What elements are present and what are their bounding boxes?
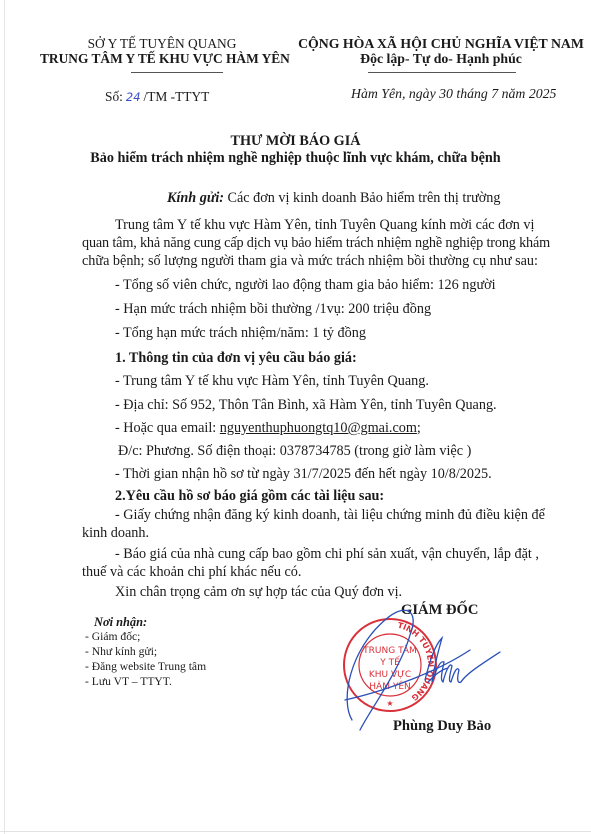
email-suffix: ; — [417, 420, 421, 436]
section1-heading: 1. Thông tin của đơn vị yêu cầu báo giá: — [115, 350, 357, 367]
section2-item: - Báo giá của nhà cung cấp bao gồm chi p… — [115, 546, 539, 563]
section1-line: - Trung tâm Y tế khu vực Hàm Yên, tỉnh T… — [115, 373, 429, 390]
greeting: Kính gửi: Các đơn vị kinh doanh Bảo hiểm… — [167, 190, 500, 207]
signer-name: Phùng Duy Bảo — [393, 718, 491, 735]
header-right-divider — [368, 72, 516, 73]
page-edge — [4, 0, 5, 834]
term-annual-limit: - Tổng hạn mức trách nhiệm/năm: 1 tỷ đồn… — [115, 325, 366, 342]
section2-heading: 2.Yêu cầu hồ sơ báo giá gồm các tài liệu… — [115, 488, 384, 505]
doc-number-handwritten: 24 — [126, 90, 141, 104]
greeting-recipient: Các đơn vị kinh doanh Bảo hiểm trên thị … — [228, 190, 501, 206]
contact-line: Đ/c: Phương. Số điện thoại: 0378734785 (… — [118, 443, 471, 460]
document-number: Số:24/TM -TTYT — [105, 89, 209, 105]
recipient-item: - Giám đốc; — [85, 630, 140, 643]
national-motto: Độc lập- Tự do- Hạnh phúc — [292, 51, 590, 67]
recipient-item: - Lưu VT – TTYT. — [85, 675, 172, 688]
section2-item-cont: thuế và các khoản chi phí khác nếu có. — [82, 564, 301, 581]
organization-name: TRUNG TÂM Y TẾ KHU VỰC HÀM YÊN — [40, 51, 284, 67]
national-title: CỘNG HÒA XÃ HỘI CHỦ NGHĨA VIỆT NAM — [292, 36, 590, 52]
section2-item: - Giấy chứng nhận đăng ký kinh doanh, tà… — [115, 507, 545, 524]
ministry-name: SỞ Y TẾ TUYÊN QUANG — [40, 36, 284, 52]
section2-item-cont: kinh doanh. — [82, 525, 149, 542]
document-page: SỞ Y TẾ TUYÊN QUANG TRUNG TÂM Y TẾ KHU V… — [0, 0, 591, 834]
recipients-label: Nơi nhận: — [94, 615, 147, 630]
email-link[interactable]: nguyenthuphuongtq10@gmai.com — [220, 420, 417, 436]
place-date: Hàm Yên, ngày 30 tháng 7 năm 2025 — [351, 86, 556, 102]
greeting-label: Kính gửi: — [167, 190, 224, 206]
header-left-divider — [131, 72, 223, 73]
submission-period: - Thời gian nhận hồ sơ từ ngày 31/7/2025… — [115, 466, 492, 483]
term-per-claim-limit: - Hạn mức trách nhiệm bồi thường /1vụ: 2… — [115, 301, 431, 318]
section1-line: - Địa chỉ: Số 952, Thôn Tân Bình, xã Hàm… — [115, 397, 497, 414]
document-subtitle: Bảo hiểm trách nhiệm nghề nghiệp thuộc l… — [0, 150, 591, 167]
intro-line: chữa bệnh; số lượng người tham gia và mứ… — [82, 253, 538, 270]
term-participants: - Tổng số viên chức, người lao động tham… — [115, 277, 496, 294]
section1-email-line: - Hoặc qua email: nguyenthuphuongtq10@gm… — [115, 420, 421, 437]
page-edge — [0, 831, 591, 832]
document-title: THƯ MỜI BÁO GIÁ — [0, 133, 591, 150]
intro-line: quan tâm, khả năng cung cấp dịch vụ bảo … — [82, 235, 550, 252]
intro-line: Trung tâm Y tế khu vực Hàm Yên, tỉnh Tuy… — [115, 217, 534, 234]
doc-number-prefix: Số: — [105, 89, 123, 104]
recipient-item: - Như kính gửi; — [85, 645, 157, 658]
email-prefix: - Hoặc qua email: — [115, 420, 220, 436]
doc-number-suffix: /TM -TTYT — [144, 89, 210, 104]
recipient-item: - Đăng website Trung tâm — [85, 660, 206, 673]
